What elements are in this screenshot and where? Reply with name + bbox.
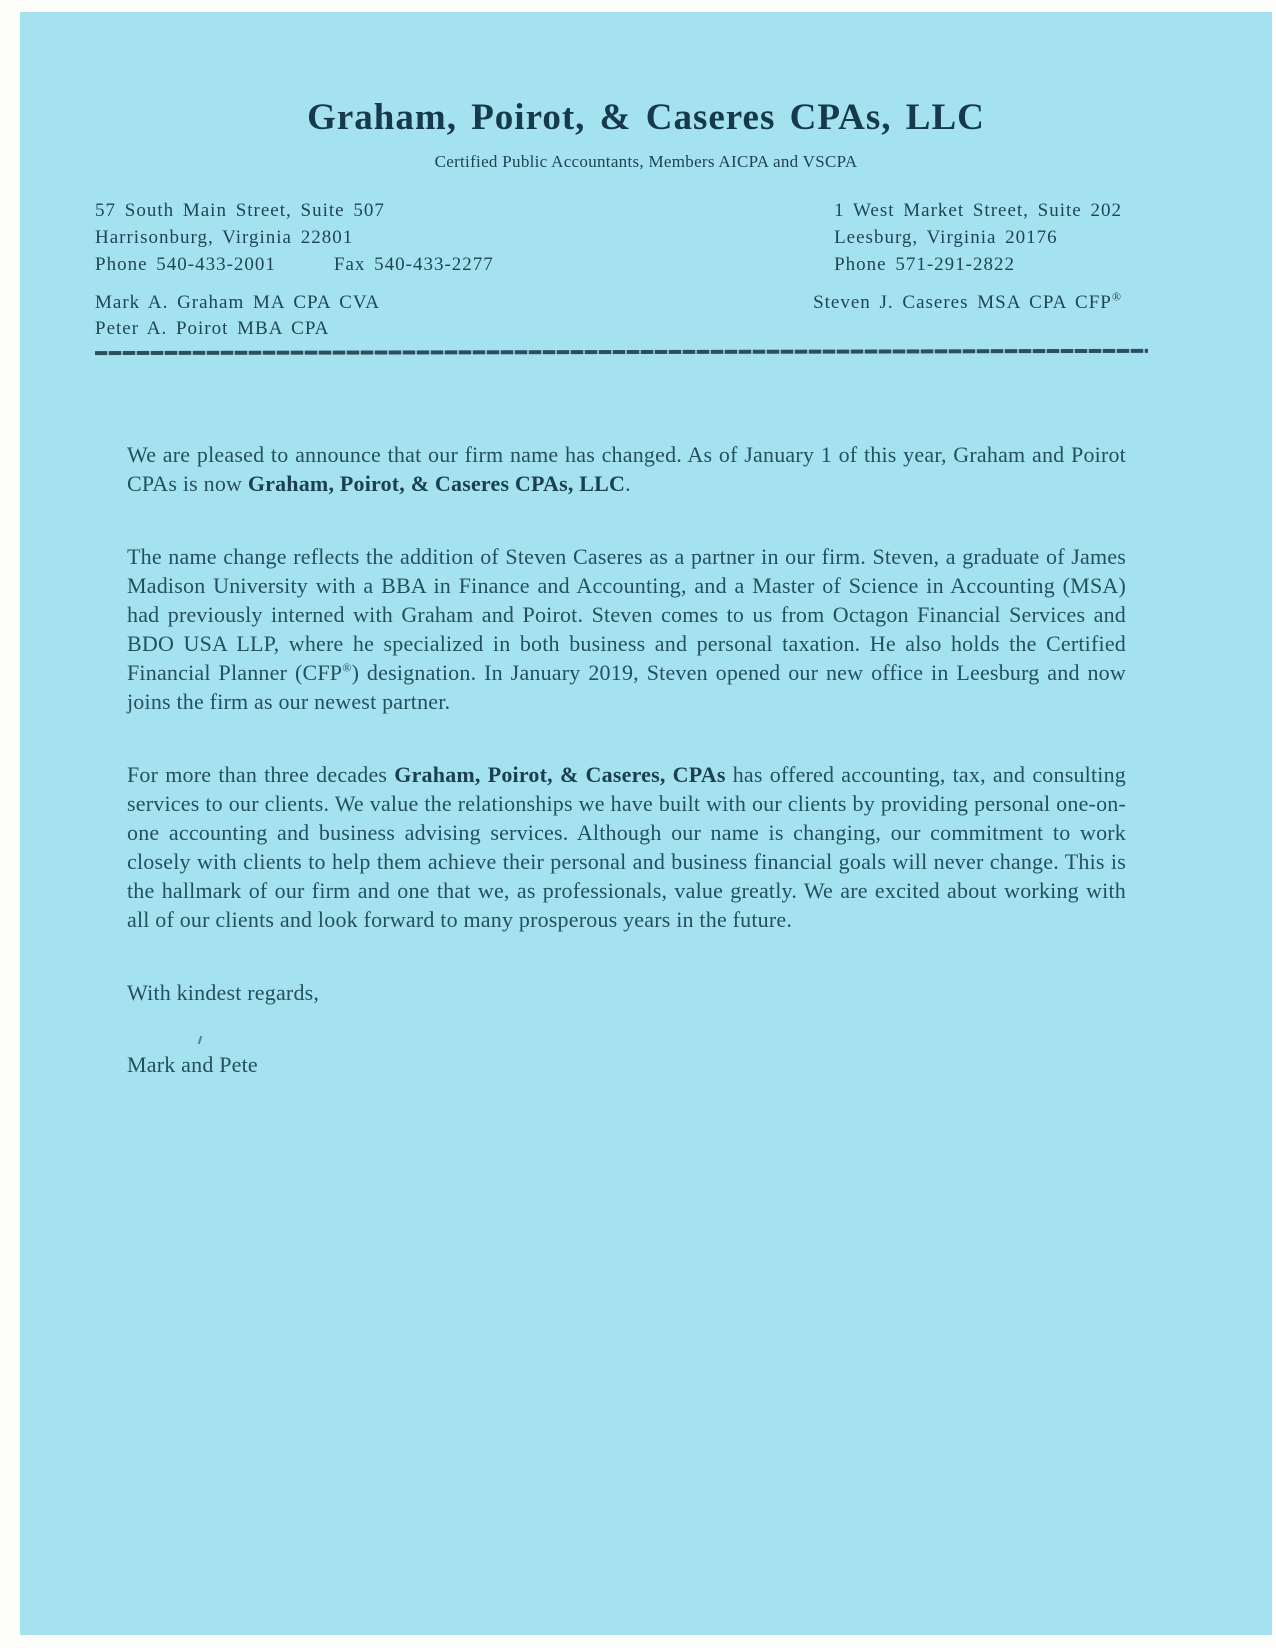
partner-name: Steven J. Caseres MSA CPA CFP® bbox=[813, 290, 1122, 316]
office-harrisonburg: 57 South Main Street, Suite 507 Harrison… bbox=[95, 197, 494, 278]
paragraph-firm-history: For more than three decades Graham, Poir… bbox=[127, 760, 1126, 934]
address-line: Leesburg, Virginia 20176 bbox=[834, 224, 1122, 251]
partner-name: Mark A. Graham MA CPA CVA bbox=[95, 290, 380, 316]
fax-number: Fax 540-433-2277 bbox=[334, 251, 494, 278]
office-addresses: 57 South Main Street, Suite 507 Harrison… bbox=[20, 197, 1272, 278]
letter-body: We are pleased to announce that our firm… bbox=[20, 440, 1272, 1079]
firm-subtitle: Certified Public Accountants, Members AI… bbox=[20, 151, 1272, 173]
partners-right: Steven J. Caseres MSA CPA CFP® bbox=[813, 290, 1122, 342]
paragraph-announcement: We are pleased to announce that our firm… bbox=[127, 440, 1126, 498]
address-line: Harrisonburg, Virginia 22801 bbox=[95, 224, 494, 251]
letterhead: Graham, Poirot, & Caseres CPAs, LLC Cert… bbox=[20, 12, 1272, 173]
signature-names: Mark and Pete bbox=[127, 1052, 258, 1077]
signature-block: Mark and Pete bbox=[127, 1050, 1126, 1079]
address-line: 57 South Main Street, Suite 507 bbox=[95, 197, 494, 224]
partner-names: Mark A. Graham MA CPA CVA Peter A. Poiro… bbox=[20, 290, 1272, 342]
letterhead-divider-rule bbox=[95, 349, 1148, 355]
phone-number: Phone 571-291-2822 bbox=[834, 251, 1122, 278]
paragraph-new-partner: The name change reflects the addition of… bbox=[127, 542, 1126, 716]
scan-artifact-mark bbox=[198, 1036, 202, 1044]
phone-number: Phone 540-433-2001 bbox=[95, 251, 276, 278]
partners-left: Mark A. Graham MA CPA CVA Peter A. Poiro… bbox=[95, 290, 380, 342]
partner-name: Peter A. Poirot MBA CPA bbox=[95, 316, 380, 342]
letter-page: Graham, Poirot, & Caseres CPAs, LLC Cert… bbox=[20, 12, 1272, 1635]
firm-title: Graham, Poirot, & Caseres CPAs, LLC bbox=[20, 97, 1272, 139]
address-line: 1 West Market Street, Suite 202 bbox=[834, 197, 1122, 224]
office-leesburg: 1 West Market Street, Suite 202 Leesburg… bbox=[834, 197, 1122, 278]
registered-trademark-symbol: ® bbox=[1112, 290, 1122, 304]
phone-fax-line: Phone 540-433-2001 Fax 540-433-2277 bbox=[95, 251, 494, 278]
closing-line: With kindest regards, bbox=[127, 978, 1126, 1007]
